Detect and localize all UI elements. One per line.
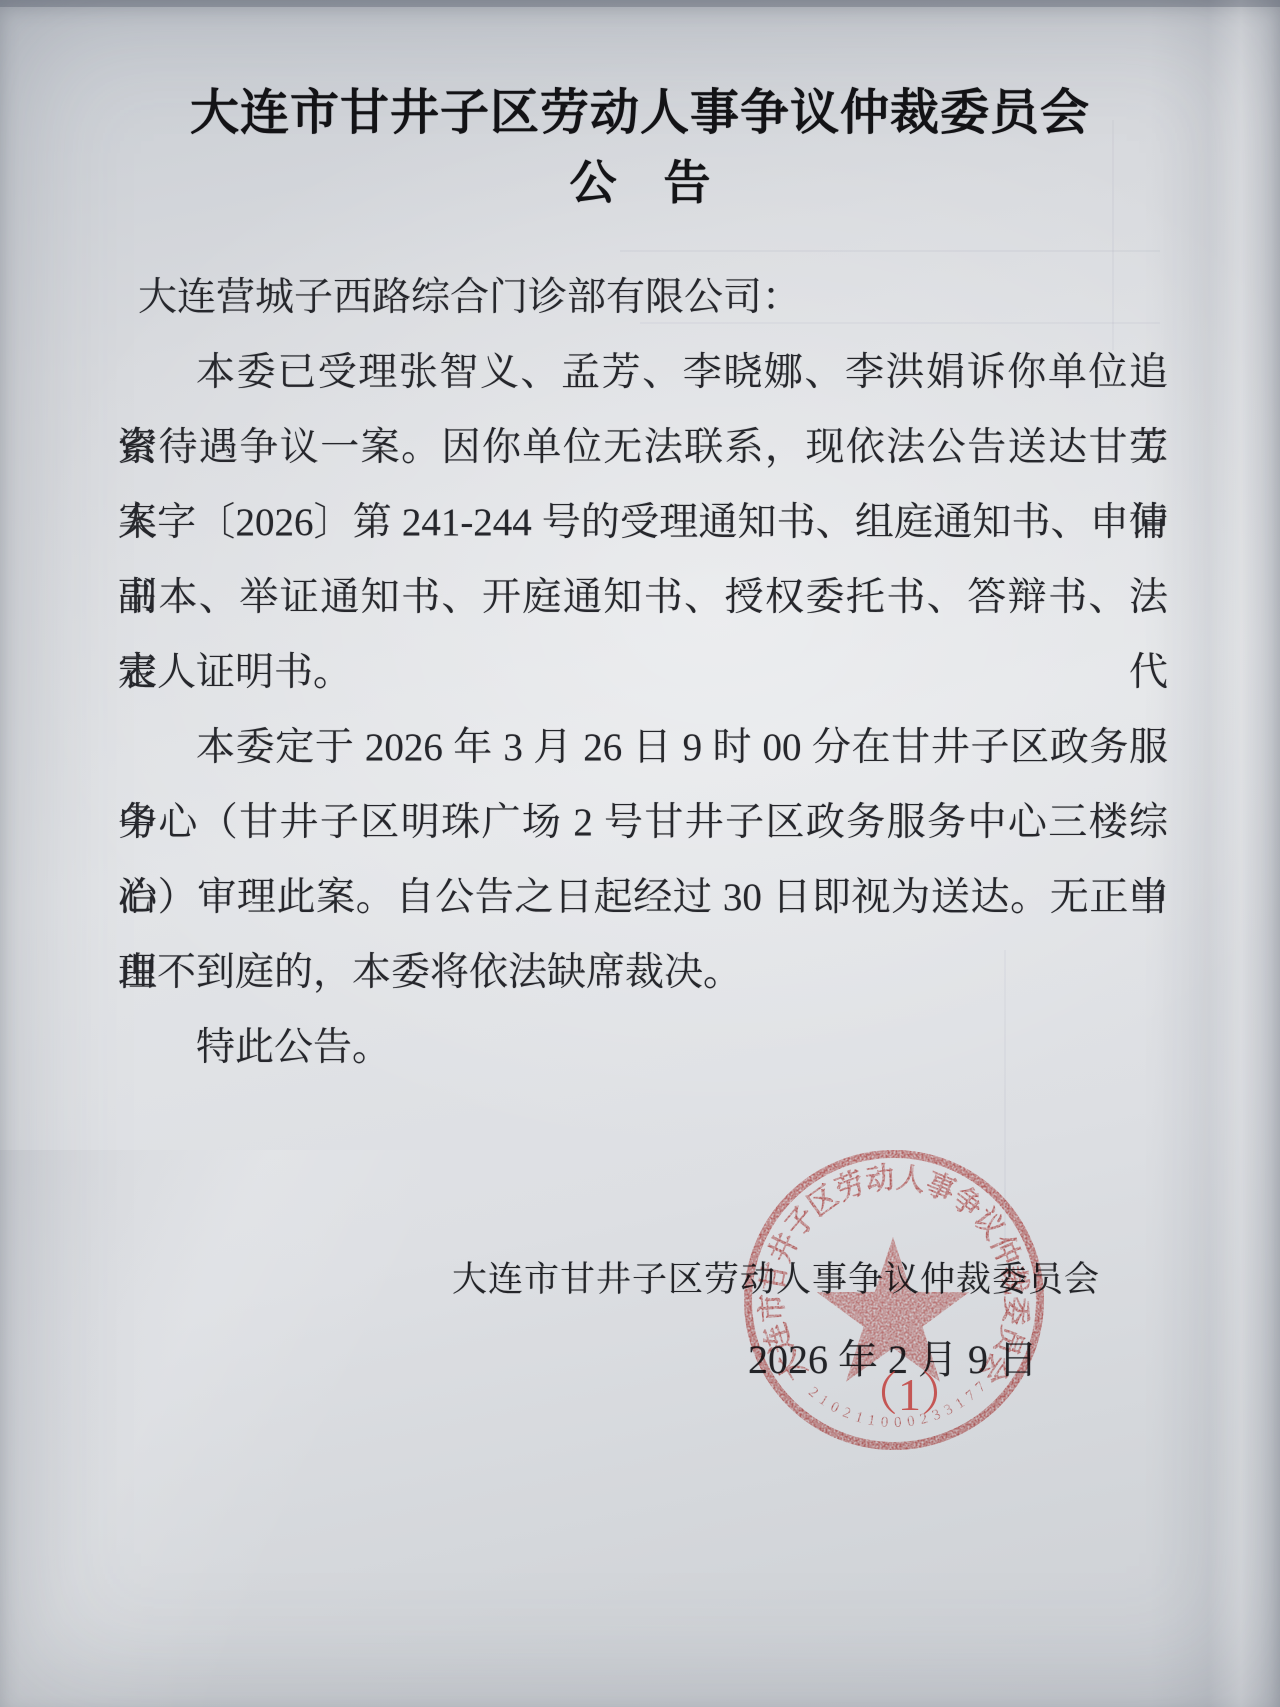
star-icon <box>817 1237 969 1382</box>
svg-text:210211000233177: 210211000233177 <box>805 1377 991 1431</box>
body-line: 案字〔2026〕第 241-244 号的受理通知书、组庭通知书、申请书 <box>118 485 1168 560</box>
paper-crease <box>1150 0 1280 1707</box>
seal-serial-number: 210211000233177 <box>805 1377 991 1431</box>
photo-edge <box>0 0 1280 7</box>
official-seal: 大连市甘井子区劳动人事争议仲裁委员会 210211000233177 <box>724 1130 1064 1470</box>
body-line: 由不到庭的，本委将依法缺席裁决。 <box>118 935 1168 1010</box>
document-page: 大连市甘井子区劳动人事争议仲裁委员会 公 告 大连营城子西路综合门诊部有限公司：… <box>0 0 1280 1707</box>
document-title: 大连市甘井子区劳动人事争议仲裁委员会 <box>0 74 1280 144</box>
recipient-line: 大连营城子西路综合门诊部有限公司： <box>118 260 1168 335</box>
document-body: 大连营城子西路综合门诊部有限公司： 本委已受理张智义、孟芳、李晓娜、李洪娟诉你单… <box>118 260 1168 1085</box>
closing-line: 特此公告。 <box>118 1010 1168 1085</box>
paper-crease <box>0 1150 420 1707</box>
document-subtitle: 公 告 <box>0 146 1280 213</box>
body-line: 心）审理此案。自公告之日起经过 30 日即视为送达。无正当理 <box>118 860 1168 935</box>
body-line: 本委已受理张智义、孟芳、李晓娜、李洪娟诉你单位追索工 <box>118 335 1168 410</box>
body-line: 资待遇争议一案。因你单位无法联系，现依法公告送达甘劳人仲 <box>118 410 1168 485</box>
show-through-line <box>620 250 1160 252</box>
body-line: 副本、举证通知书、开庭通知书、授权委托书、答辩书、法定代 <box>118 560 1168 635</box>
body-line: 本委定于 2026 年 3 月 26 日 9 时 00 分在甘井子区政务服务 <box>118 710 1168 785</box>
body-line: 中心（甘井子区明珠广场 2 号甘井子区政务服务中心三楼综治中 <box>118 785 1168 860</box>
